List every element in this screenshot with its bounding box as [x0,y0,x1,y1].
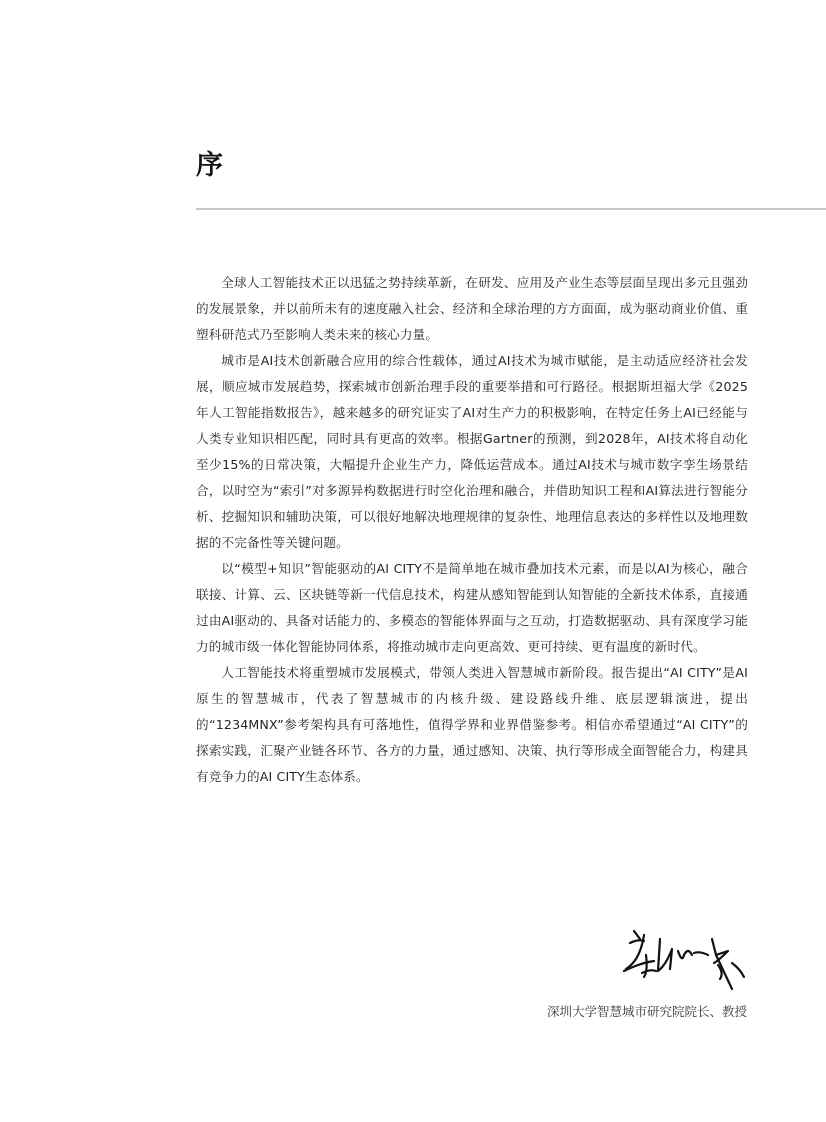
title-divider [196,208,826,210]
handwritten-signature-icon [620,925,750,995]
page-title: 序 [196,146,223,186]
paragraph: 人工智能技术将重塑城市发展模式，带领人类进入智慧城市新阶段。报告提出“AI CI… [196,660,748,790]
paragraph: 以“模型+知识”智能驱动的AI CITY不是简单地在城市叠加技术元素，而是以AI… [196,556,748,660]
paragraph: 全球人工智能技术正以迅猛之势持续革新，在研发、应用及产业生态等层面呈现出多元且强… [196,270,748,348]
author-affiliation: 深圳大学智慧城市研究院院长、教授 [545,1002,747,1020]
paragraph: 城市是AI技术创新融合应用的综合性载体，通过AI技术为城市赋能，是主动适应经济社… [196,348,748,556]
preface-body: 全球人工智能技术正以迅猛之势持续革新，在研发、应用及产业生态等层面呈现出多元且强… [196,270,748,790]
